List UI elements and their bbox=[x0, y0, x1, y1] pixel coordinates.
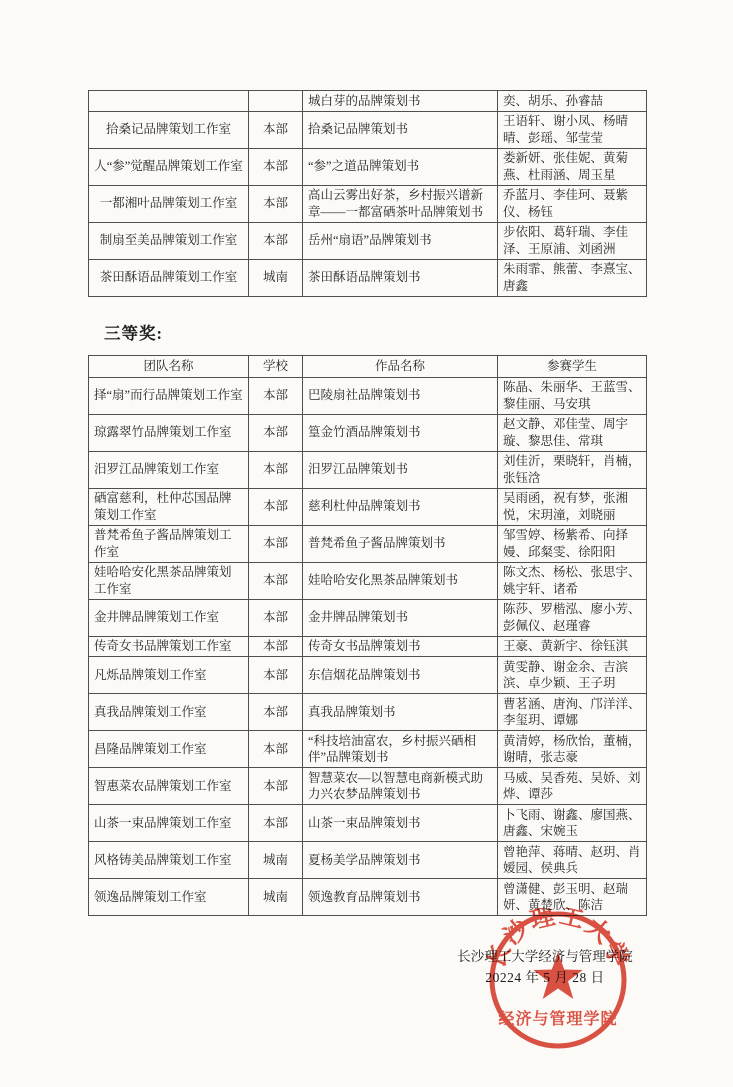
cell-team: 人“参”觉醒品牌策划工作室 bbox=[89, 148, 249, 185]
third-prize-table: 团队名称 学校 作品名称 参赛学生 择“扇”而行品牌策划工作室本部巴陵扇社品牌策… bbox=[88, 355, 647, 916]
cell-students: 陈晶、朱丽华、王蓝雪、黎佳丽、马安琪 bbox=[498, 377, 647, 414]
cell-work: “参”之道品牌策划书 bbox=[303, 148, 498, 185]
table-row: 茶田酥语品牌策划工作室城南茶田酥语品牌策划书朱雨霏、熊蕾、李熹宝、唐鑫 bbox=[89, 259, 647, 296]
cell-team: 昌隆品牌策划工作室 bbox=[89, 731, 249, 768]
table-row: 琼露翠竹品牌策划工作室本部篁金竹酒品牌策划书赵文静、邓佳莹、周宇璇、黎思佳、常琪 bbox=[89, 414, 647, 451]
cell-school: 本部 bbox=[249, 222, 303, 259]
cell-team: 普梵希鱼子酱品牌策划工作室 bbox=[89, 525, 249, 562]
cell-students: 赵文静、邓佳莹、周宇璇、黎思佳、常琪 bbox=[498, 414, 647, 451]
cell-students: 黄雯静、谢金余、吉滨滨、卓少颖、王子玥 bbox=[498, 657, 647, 694]
cell-work: 高山云雾出好茶，乡村振兴谱新章——一都富硒茶叶品牌策划书 bbox=[303, 185, 498, 222]
cell-students: 娄新妍、张佳妮、黄菊燕、杜雨涵、周玉星 bbox=[498, 148, 647, 185]
table-row: 山茶一束品牌策划工作室本部山茶一束品牌策划书卜飞雨、谢鑫、廖国燕、唐鑫、宋婉玉 bbox=[89, 805, 647, 842]
cell-work: 智慧菜农—以智慧电商新模式助力兴农梦品牌策划书 bbox=[303, 768, 498, 805]
header-students: 参赛学生 bbox=[498, 356, 647, 378]
table-row: 智惠菜农品牌策划工作室本部智慧菜农—以智慧电商新模式助力兴农梦品牌策划书马威、吴… bbox=[89, 768, 647, 805]
table-row: 制扇至美品牌策划工作室本部岳州“扇语”品牌策划书步依阳、葛轩瑞、李佳泽、王原浦、… bbox=[89, 222, 647, 259]
cell-work: 金井牌品牌策划书 bbox=[303, 599, 498, 636]
cell-students: 刘佳沂，栗晓轩，肖楠，张钰浛 bbox=[498, 451, 647, 488]
table-row: 普梵希鱼子酱品牌策划工作室本部普梵希鱼子酱品牌策划书邹雪婷、杨紫希、向择嫚、邱粲… bbox=[89, 525, 647, 562]
cell-students: 卜飞雨、谢鑫、廖国燕、唐鑫、宋婉玉 bbox=[498, 805, 647, 842]
table-header-row: 团队名称 学校 作品名称 参赛学生 bbox=[89, 356, 647, 378]
cell-team: 汨罗江品牌策划工作室 bbox=[89, 451, 249, 488]
cell-school: 本部 bbox=[249, 488, 303, 525]
cell-team: 真我品牌策划工作室 bbox=[89, 694, 249, 731]
cell-school: 本部 bbox=[249, 636, 303, 657]
cell-work: 篁金竹酒品牌策划书 bbox=[303, 414, 498, 451]
cell-students: 黄清婷，杨欣怡，董楠，谢晴，张志豪 bbox=[498, 731, 647, 768]
cell-school: 本部 bbox=[249, 185, 303, 222]
cell-team bbox=[89, 91, 249, 112]
table-row: 领逸品牌策划工作室城南领逸教育品牌策划书曾潇健、彭玉明、赵瑞妍、黄楚欣、陈洁 bbox=[89, 879, 647, 916]
cell-work: 普梵希鱼子酱品牌策划书 bbox=[303, 525, 498, 562]
table-row: 择“扇”而行品牌策划工作室本部巴陵扇社品牌策划书陈晶、朱丽华、王蓝雪、黎佳丽、马… bbox=[89, 377, 647, 414]
cell-work: 山茶一束品牌策划书 bbox=[303, 805, 498, 842]
table-row: 风格铸美品牌策划工作室城南夏杨美学品牌策划书曾艳萍、蒋晴、赵玥、肖嫒园、侯典兵 bbox=[89, 842, 647, 879]
cell-school: 本部 bbox=[249, 731, 303, 768]
cell-work: 汨罗江品牌策划书 bbox=[303, 451, 498, 488]
awards-table-continuation: 城白芽的品牌策划书奕、胡乐、孙睿喆拾桑记品牌策划工作室本部拾桑记品牌策划书王语轩… bbox=[88, 90, 647, 297]
table-row: 一都湘叶品牌策划工作室本部高山云雾出好茶，乡村振兴谱新章——一都富硒茶叶品牌策划… bbox=[89, 185, 647, 222]
cell-school: 本部 bbox=[249, 562, 303, 599]
cell-students: 吴雨函，祝有梦，张湘悦，宋玥潼，刘晓丽 bbox=[498, 488, 647, 525]
cell-students: 邹雪婷、杨紫希、向择嫚、邱粲雯、徐阳阳 bbox=[498, 525, 647, 562]
cell-school: 本部 bbox=[249, 694, 303, 731]
cell-school: 本部 bbox=[249, 805, 303, 842]
cell-work: 城白芽的品牌策划书 bbox=[303, 91, 498, 112]
table-row: 人“参”觉醒品牌策划工作室本部“参”之道品牌策划书娄新妍、张佳妮、黄菊燕、杜雨涵… bbox=[89, 148, 647, 185]
cell-students: 陈文杰、杨松、张思宇、姚宇轩、诸希 bbox=[498, 562, 647, 599]
cell-work: 夏杨美学品牌策划书 bbox=[303, 842, 498, 879]
cell-work: 领逸教育品牌策划书 bbox=[303, 879, 498, 916]
header-team: 团队名称 bbox=[89, 356, 249, 378]
cell-team: 金井牌品牌策划工作室 bbox=[89, 599, 249, 636]
cell-school: 城南 bbox=[249, 842, 303, 879]
cell-team: 风格铸美品牌策划工作室 bbox=[89, 842, 249, 879]
cell-school: 本部 bbox=[249, 599, 303, 636]
cell-school: 本部 bbox=[249, 148, 303, 185]
table-row: 昌隆品牌策划工作室本部“科技培油富农，乡村振兴硒相伴”品牌策划书黄清婷，杨欣怡，… bbox=[89, 731, 647, 768]
cell-work: 慈利杜仲品牌策划书 bbox=[303, 488, 498, 525]
cell-students: 乔蓝月、李佳珂、聂紫仪、杨钰 bbox=[498, 185, 647, 222]
cell-work: 拾桑记品牌策划书 bbox=[303, 111, 498, 148]
table-row: 真我品牌策划工作室本部真我品牌策划书曹茗涵、唐洵、邝洋洋、李玺玥、谭娜 bbox=[89, 694, 647, 731]
cell-work: 巴陵扇社品牌策划书 bbox=[303, 377, 498, 414]
cell-school: 城南 bbox=[249, 259, 303, 296]
document-page: 城白芽的品牌策划书奕、胡乐、孙睿喆拾桑记品牌策划工作室本部拾桑记品牌策划书王语轩… bbox=[0, 0, 733, 1087]
cell-team: 传奇女书品牌策划工作室 bbox=[89, 636, 249, 657]
seal-college-text: 经济与管理学院 bbox=[498, 1009, 617, 1028]
cell-work: “科技培油富农，乡村振兴硒相伴”品牌策划书 bbox=[303, 731, 498, 768]
section-heading-third-prize: 三等奖: bbox=[104, 320, 163, 344]
cell-team: 娃哈哈安化黑茶品牌策划工作室 bbox=[89, 562, 249, 599]
cell-team: 智惠菜农品牌策划工作室 bbox=[89, 768, 249, 805]
cell-students: 马威、吴香苑、吴娇、刘烨、谭莎 bbox=[498, 768, 647, 805]
signature-org: 长沙理工大学经济与管理学院 bbox=[430, 946, 660, 967]
cell-students: 王语轩、谢小凤、杨晴晴、彭瑶、邹莹莹 bbox=[498, 111, 647, 148]
cell-students: 奕、胡乐、孙睿喆 bbox=[498, 91, 647, 112]
cell-work: 茶田酥语品牌策划书 bbox=[303, 259, 498, 296]
cell-students: 曹茗涵、唐洵、邝洋洋、李玺玥、谭娜 bbox=[498, 694, 647, 731]
cell-work: 岳州“扇语”品牌策划书 bbox=[303, 222, 498, 259]
header-work: 作品名称 bbox=[303, 356, 498, 378]
cell-work: 娃哈哈安化黑茶品牌策划书 bbox=[303, 562, 498, 599]
cell-school: 本部 bbox=[249, 768, 303, 805]
cell-school: 本部 bbox=[249, 111, 303, 148]
cell-school: 本部 bbox=[249, 451, 303, 488]
table-row: 拾桑记品牌策划工作室本部拾桑记品牌策划书王语轩、谢小凤、杨晴晴、彭瑶、邹莹莹 bbox=[89, 111, 647, 148]
cell-students: 步依阳、葛轩瑞、李佳泽、王原浦、刘函洲 bbox=[498, 222, 647, 259]
cell-work: 东信烟花品牌策划书 bbox=[303, 657, 498, 694]
cell-school: 本部 bbox=[249, 414, 303, 451]
cell-students: 朱雨霏、熊蕾、李熹宝、唐鑫 bbox=[498, 259, 647, 296]
table-row: 凡烁品牌策划工作室本部东信烟花品牌策划书黄雯静、谢金余、吉滨滨、卓少颖、王子玥 bbox=[89, 657, 647, 694]
cell-students: 王豪、黄新宇、徐钰淇 bbox=[498, 636, 647, 657]
cell-school: 本部 bbox=[249, 525, 303, 562]
cell-team: 一都湘叶品牌策划工作室 bbox=[89, 185, 249, 222]
table-row: 硒富慈利，杜仲芯国品牌策划工作室本部慈利杜仲品牌策划书吴雨函，祝有梦，张湘悦，宋… bbox=[89, 488, 647, 525]
header-school: 学校 bbox=[249, 356, 303, 378]
cell-school: 本部 bbox=[249, 657, 303, 694]
cell-team: 制扇至美品牌策划工作室 bbox=[89, 222, 249, 259]
signature-date: 20224 年 5 月 28 日 bbox=[430, 967, 660, 988]
cell-students: 陈莎、罗楷泓、廖小芳、彭佩仪、赵瑾睿 bbox=[498, 599, 647, 636]
signature-block: 长沙理工大学经济与管理学院 20224 年 5 月 28 日 bbox=[430, 946, 660, 988]
table-row: 娃哈哈安化黑茶品牌策划工作室本部娃哈哈安化黑茶品牌策划书陈文杰、杨松、张思宇、姚… bbox=[89, 562, 647, 599]
cell-school bbox=[249, 91, 303, 112]
cell-team: 领逸品牌策划工作室 bbox=[89, 879, 249, 916]
cell-students: 曾艳萍、蒋晴、赵玥、肖嫒园、侯典兵 bbox=[498, 842, 647, 879]
cell-team: 择“扇”而行品牌策划工作室 bbox=[89, 377, 249, 414]
cell-team: 茶田酥语品牌策划工作室 bbox=[89, 259, 249, 296]
cell-work: 传奇女书品牌策划书 bbox=[303, 636, 498, 657]
cell-team: 山茶一束品牌策划工作室 bbox=[89, 805, 249, 842]
cell-school: 本部 bbox=[249, 377, 303, 414]
table-row: 传奇女书品牌策划工作室本部传奇女书品牌策划书王豪、黄新宇、徐钰淇 bbox=[89, 636, 647, 657]
table-row: 城白芽的品牌策划书奕、胡乐、孙睿喆 bbox=[89, 91, 647, 112]
cell-work: 真我品牌策划书 bbox=[303, 694, 498, 731]
cell-team: 凡烁品牌策划工作室 bbox=[89, 657, 249, 694]
cell-students: 曾潇健、彭玉明、赵瑞妍、黄楚欣、陈洁 bbox=[498, 879, 647, 916]
cell-school: 城南 bbox=[249, 879, 303, 916]
table-row: 汨罗江品牌策划工作室本部汨罗江品牌策划书刘佳沂，栗晓轩，肖楠，张钰浛 bbox=[89, 451, 647, 488]
cell-team: 硒富慈利，杜仲芯国品牌策划工作室 bbox=[89, 488, 249, 525]
cell-team: 琼露翠竹品牌策划工作室 bbox=[89, 414, 249, 451]
cell-team: 拾桑记品牌策划工作室 bbox=[89, 111, 249, 148]
table-row: 金井牌品牌策划工作室本部金井牌品牌策划书陈莎、罗楷泓、廖小芳、彭佩仪、赵瑾睿 bbox=[89, 599, 647, 636]
